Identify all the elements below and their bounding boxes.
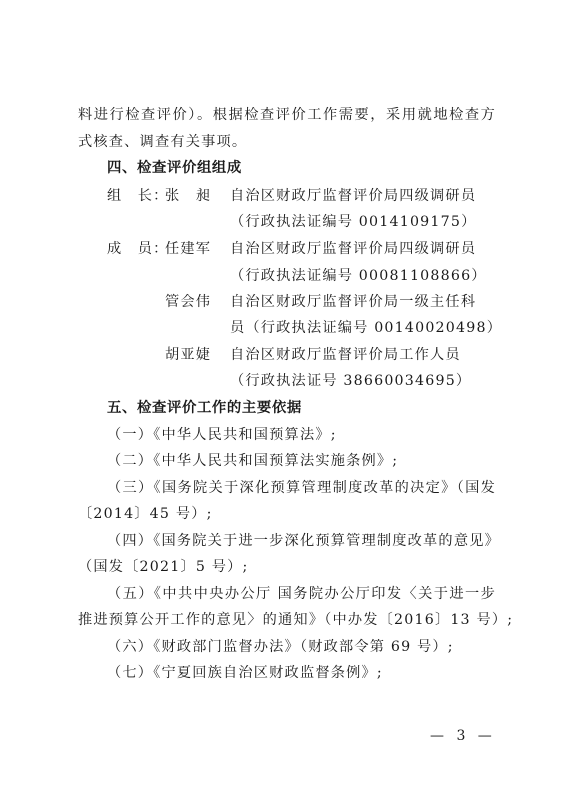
member-title: 自治区财政厅监督评价局四级调研员 xyxy=(230,240,476,258)
member-cert: （行政执法证号 38660034695） xyxy=(230,372,471,390)
member-title: 自治区财政厅监督评价局工作人员 xyxy=(230,346,461,364)
legal-basis-item: （一）《中华人民共和国预算法》; xyxy=(107,426,337,444)
legal-basis-item-continuation: 推进预算公开工作的意见〉的通知》（中办发〔2016〕13 号）; xyxy=(78,611,496,629)
members-role-label: 成 员： xyxy=(107,240,169,258)
legal-basis-item: （四）《国务院关于进一步深化预算管理制度改革的意见》 xyxy=(107,532,496,550)
legal-basis-item-continuation: 〔2014〕45 号）; xyxy=(78,505,213,523)
member-name: 任建军 xyxy=(165,240,211,258)
member-cert: （行政执法证编号 00081108866） xyxy=(230,267,487,285)
page-number: — 3 — xyxy=(430,728,496,744)
legal-basis-item: （七）《宁夏回族自治区财政监督条例》; xyxy=(107,664,383,682)
intro-paragraph-line-2: 式核查、调查有关事项。 xyxy=(78,133,247,151)
leader-role-label: 组 长： xyxy=(107,187,169,205)
section-4-heading: 四、检查评价组组成 xyxy=(107,159,242,177)
member-cert: 员（行政执法证编号 00140020498） xyxy=(230,319,502,337)
leader-cert: （行政执法证编号 0014109175） xyxy=(230,213,476,231)
member-title: 自治区财政厅监督评价局一级主任科 xyxy=(230,293,476,311)
member-name: 胡亚婕 xyxy=(165,346,211,364)
legal-basis-item: （二）《中华人民共和国预算法实施条例》; xyxy=(107,452,398,470)
legal-basis-item: （三）《国务院关于深化预算管理制度改革的决定》（国发 xyxy=(107,479,496,497)
legal-basis-item-continuation: （国发〔2021〕5 号）; xyxy=(78,558,249,576)
member-name: 管会伟 xyxy=(165,293,211,311)
legal-basis-item: （六）《财政部门监督办法》（财政部令第 69 号）; xyxy=(107,638,454,656)
leader-name: 张 昶 xyxy=(165,187,211,205)
leader-title: 自治区财政厅监督评价局四级调研员 xyxy=(230,187,476,205)
legal-basis-item: （五）《中共中央办公厅 国务院办公厅印发〈关于进一步 xyxy=(107,585,496,603)
intro-paragraph-line-1: 料进行检查评价）。根据检查评价工作需要，采用就地检查方 xyxy=(78,106,496,124)
section-5-heading: 五、检查评价工作的主要依据 xyxy=(107,399,302,417)
